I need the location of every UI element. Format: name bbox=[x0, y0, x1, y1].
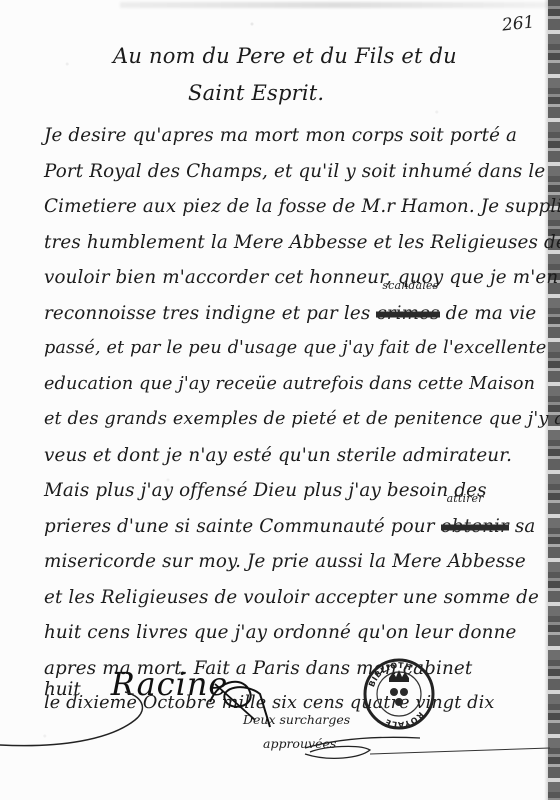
text-line: Cimetiere aux piez de la fosse de M.r Ha… bbox=[44, 189, 530, 225]
text-line: passé, et par le peu d'usage que j'ay fa… bbox=[44, 331, 530, 367]
text-line: et des grands exemples de pieté et de pe… bbox=[44, 402, 530, 438]
manuscript-page: 261 Au nom du Pere et du Fils et du Sain… bbox=[0, 0, 560, 800]
text-line-with-correction: prieres d'une si sainte Communauté pour … bbox=[44, 509, 530, 545]
struck-correction: crimes scandales bbox=[376, 296, 439, 332]
signature-underline-flourish-icon bbox=[0, 690, 250, 750]
inserted-word: attirer bbox=[447, 493, 484, 505]
text-line: Je desire qu'apres ma mort mon corps soi… bbox=[44, 118, 530, 154]
scan-right-edge bbox=[548, 0, 560, 800]
scan-top-edge bbox=[120, 2, 550, 8]
text-line: veus et dont je n'ay esté qu'un sterile … bbox=[44, 438, 530, 474]
folio-number: 261 bbox=[501, 12, 535, 35]
text-segment: sa bbox=[515, 516, 536, 537]
text-line: misericorde sur moy. Je prie aussi la Me… bbox=[44, 544, 530, 580]
struck-correction: obtenir attirer bbox=[441, 509, 509, 545]
text-line: vouloir bien m'accorder cet honneur, quo… bbox=[44, 260, 530, 296]
invocation-heading-line-1: Au nom du Pere et du Fils et du bbox=[113, 44, 560, 68]
testament-body: Je desire qu'apres ma mort mon corps soi… bbox=[44, 118, 530, 722]
text-segment: de ma vie bbox=[446, 303, 537, 324]
text-line-with-correction: reconnoisse tres indigne et par les crim… bbox=[44, 296, 530, 332]
struck-word: obtenir bbox=[441, 516, 509, 537]
text-segment: prieres d'une si sainte Communauté pour bbox=[44, 516, 435, 537]
approval-note-line-1: Deux surcharges bbox=[243, 712, 350, 727]
struck-word: crimes bbox=[376, 303, 439, 324]
text-line: Port Royal des Champs, et qu'il y soit i… bbox=[44, 154, 530, 190]
invocation-heading-line-2: Saint Esprit. bbox=[188, 81, 560, 105]
inserted-word: scandales bbox=[382, 280, 438, 292]
text-segment: reconnoisse tres indigne et par les bbox=[44, 303, 370, 324]
text-line: et les Religieuses de vouloir accepter u… bbox=[44, 580, 530, 616]
text-line: education que j'ay receüe autrefois dans… bbox=[44, 367, 530, 403]
library-stamp-icon: BIBLIOTH ROYALE bbox=[363, 658, 435, 730]
text-line: huit cens livres que j'ay ordonné qu'on … bbox=[44, 615, 530, 651]
text-line: tres humblement la Mere Abbesse et les R… bbox=[44, 225, 530, 261]
closing-flourish-icon bbox=[300, 728, 560, 768]
